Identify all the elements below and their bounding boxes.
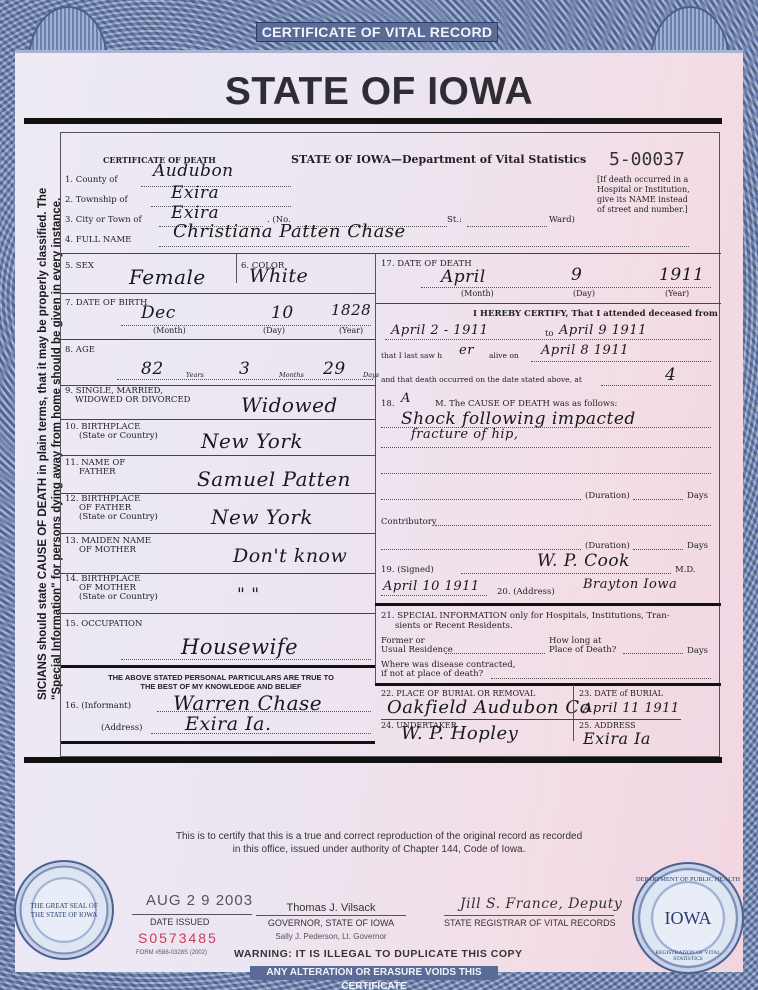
father-name-label: 11. NAME OF FATHER — [65, 459, 125, 477]
duration-label-2: (Duration) — [585, 541, 630, 551]
undertaker-value: W. P. Hopley — [401, 723, 518, 744]
md-label: M.D. — [675, 565, 696, 575]
mother-maiden-name-label: 13. MAIDEN NAME OF MOTHER — [65, 537, 151, 555]
alive-on-label: alive on — [489, 351, 519, 360]
physician-address-value: Brayton Iowa — [583, 577, 677, 592]
birth-month-label: (Month) — [153, 326, 186, 335]
certificate-number: 5-00037 — [609, 149, 685, 170]
death-month-value: April — [441, 267, 486, 287]
am-pm-value: A — [401, 391, 411, 406]
birth-day-value: 10 — [271, 303, 294, 323]
health-seal-center-text: IOWA — [634, 908, 742, 929]
mother-birthplace-value: " " — [237, 585, 260, 605]
cause-line-2-value: fracture of hip, — [411, 427, 518, 442]
duration-days-label-1: Days — [687, 491, 708, 501]
undertaker-address-value: Exira Ia — [583, 729, 651, 748]
occupation-value: Housewife — [181, 635, 298, 659]
age-days-label: Days — [363, 371, 379, 379]
township-value: Exira — [171, 183, 219, 203]
birth-year-label: (Year) — [339, 326, 363, 335]
age-years-value: 82 — [141, 359, 164, 379]
duplication-warning: WARNING: IT IS ILLEGAL TO DUPLICATE THIS… — [234, 948, 523, 960]
signed-date-value: April 10 1911 — [383, 579, 480, 594]
date-issued-label: DATE ISSUED — [150, 917, 209, 927]
mother-maiden-name-value: Don't know — [233, 545, 347, 567]
birth-year-value: 1828 — [331, 301, 371, 319]
how-long-days-label: Days — [687, 646, 708, 656]
duration-days-label-2: Days — [687, 541, 708, 551]
governor-name: Thomas J. Vilsack — [256, 902, 406, 914]
color-value: White — [249, 265, 308, 287]
father-birthplace-value: New York — [211, 505, 313, 529]
birth-month-value: Dec — [141, 303, 176, 323]
death-year-value: 1911 — [659, 265, 704, 285]
last-saw-pronoun: er — [459, 343, 474, 358]
cause-number: 18. — [381, 399, 395, 409]
date-of-birth-label: 7. DATE OF BIRTH — [65, 298, 147, 308]
great-seal-text: THE GREAT SEAL OF THE STATE OF IOWA — [16, 902, 112, 920]
age-months-value: 3 — [239, 359, 250, 379]
certification-statement: This is to certify that this is a true a… — [0, 830, 758, 856]
birthplace-value: New York — [201, 429, 303, 453]
street-label: St.: — [447, 215, 462, 225]
father-birthplace-label: 12. BIRTHPLACE OF FATHER (State or Count… — [65, 495, 158, 522]
birthplace-label: 10. BIRTHPLACE (State or Country) — [65, 423, 158, 441]
form-department: STATE OF IOWA—Department of Vital Statis… — [291, 153, 586, 166]
death-year-label: (Year) — [665, 289, 689, 298]
informant-value: Warren Chase — [173, 691, 322, 715]
death-certificate-form: CERTIFICATE OF DEATH STATE OF IOWA—Depar… — [24, 118, 722, 763]
health-seal-bottom-text: REGISTRATION OF VITAL STATISTICS — [634, 950, 742, 962]
last-saw-label: that I last saw h — [381, 351, 442, 360]
page-title: STATE OF IOWA — [0, 70, 758, 114]
alteration-warning-banner: ANY ALTERATION OR ERASURE VOIDS THIS CER… — [250, 966, 498, 980]
department-of-public-health-seal: DEPARTMENT OF PUBLIC HEALTH IOWA REGISTR… — [632, 862, 744, 974]
registrar-title: STATE REGISTRAR OF VITAL RECORDS — [444, 918, 614, 928]
burial-date-label: 23. DATE of BURIAL — [579, 689, 663, 698]
personal-particulars-statement: THE ABOVE STATED PERSONAL PARTICULARS AR… — [71, 673, 371, 691]
registrar-signature: Jill S. France, Deputy — [460, 896, 622, 912]
birth-day-label: (Day) — [263, 326, 285, 335]
mother-birthplace-label: 14. BIRTHPLACE OF MOTHER (State or Count… — [65, 575, 158, 602]
death-time-value: 4 — [665, 365, 676, 385]
death-month-label: (Month) — [461, 289, 494, 298]
attended-to-value: April 9 1911 — [559, 323, 647, 338]
bank-note-company: MIDWEST BANK NOTE COMPANY — [142, 966, 263, 973]
former-residence-label: Former or Usual Residence — [381, 637, 453, 655]
city-label: 3. City or Town of — [65, 215, 142, 225]
age-days-value: 29 — [323, 359, 346, 379]
age-label: 8. AGE — [65, 345, 95, 355]
township-label: 2. Township of — [65, 195, 128, 205]
signed-label: 19. (Signed) — [381, 565, 434, 575]
death-occurred-label: and that death occurred on the date stat… — [381, 375, 582, 384]
marital-status-value: Widowed — [241, 393, 338, 417]
county-label: 1. County of — [65, 175, 118, 185]
full-name-label: 4. FULL NAME — [65, 235, 131, 245]
ward-label: Ward) — [549, 215, 575, 225]
form-number: FORM #588-0328S (2002) — [136, 950, 207, 956]
hospital-note: [If death occurred in a Hospital or Inst… — [597, 175, 690, 215]
death-day-value: 9 — [571, 265, 582, 285]
special-info-label: 21. SPECIAL INFORMATION only for Hospita… — [381, 611, 670, 631]
duration-label-1: (Duration) — [585, 491, 630, 501]
burial-date-value: April 11 1911 — [583, 701, 680, 716]
certificate-banner: CERTIFICATE OF VITAL RECORD — [256, 22, 498, 42]
certify-statement: I HEREBY CERTIFY, That I attended deceas… — [473, 309, 718, 319]
attended-from-value: April 2 - 1911 — [391, 323, 488, 338]
lt-governor: Sally J. Pederson, Lt. Governor — [256, 932, 406, 941]
informant-label: 16. (Informant) — [65, 701, 131, 711]
city-value: Exira — [171, 203, 219, 223]
informant-address-value: Exira Ia. — [185, 713, 271, 735]
age-months-label: Months — [279, 371, 304, 379]
death-day-label: (Day) — [573, 289, 595, 298]
sex-label: 5. SEX — [65, 261, 94, 271]
father-name-value: Samuel Patten — [197, 467, 351, 491]
great-seal-of-iowa: THE GREAT SEAL OF THE STATE OF IOWA — [14, 860, 114, 960]
alive-on-value: April 8 1911 — [541, 343, 629, 358]
informant-address-label: (Address) — [101, 723, 142, 733]
form-grid: CERTIFICATE OF DEATH STATE OF IOWA—Depar… — [60, 132, 720, 757]
attended-to-label: to — [545, 329, 554, 339]
age-years-label: Years — [186, 371, 204, 379]
sex-value: Female — [129, 265, 206, 289]
occupation-label: 15. OCCUPATION — [65, 619, 142, 629]
physician-address-label: 20. (Address) — [497, 587, 555, 597]
cause-line-1-value: Shock following impacted — [401, 409, 636, 429]
health-seal-outer-text: DEPARTMENT OF PUBLIC HEALTH — [634, 876, 742, 883]
contributory-label: Contributory — [381, 517, 437, 527]
full-name-value: Christiana Patten Chase — [173, 221, 406, 242]
governor-title: GOVERNOR, STATE OF IOWA — [256, 918, 406, 928]
how-long-label: How long at Place of Death? — [549, 637, 616, 655]
physician-signature: W. P. Cook — [537, 551, 630, 571]
county-value: Audubon — [153, 161, 234, 181]
serial-number: S0573485 — [138, 930, 218, 946]
cause-of-death-label: M. The CAUSE OF DEATH was as follows: — [435, 399, 617, 409]
disease-contracted-label: Where was disease contracted, if not at … — [381, 661, 515, 679]
burial-place-value: Oakfield Audubon Co — [387, 697, 591, 718]
date-issued-value: AUG 2 9 2003 — [146, 892, 253, 909]
marital-status-label: 9. SINGLE, MARRIED, WIDOWED OR DIVORCED — [65, 387, 190, 405]
